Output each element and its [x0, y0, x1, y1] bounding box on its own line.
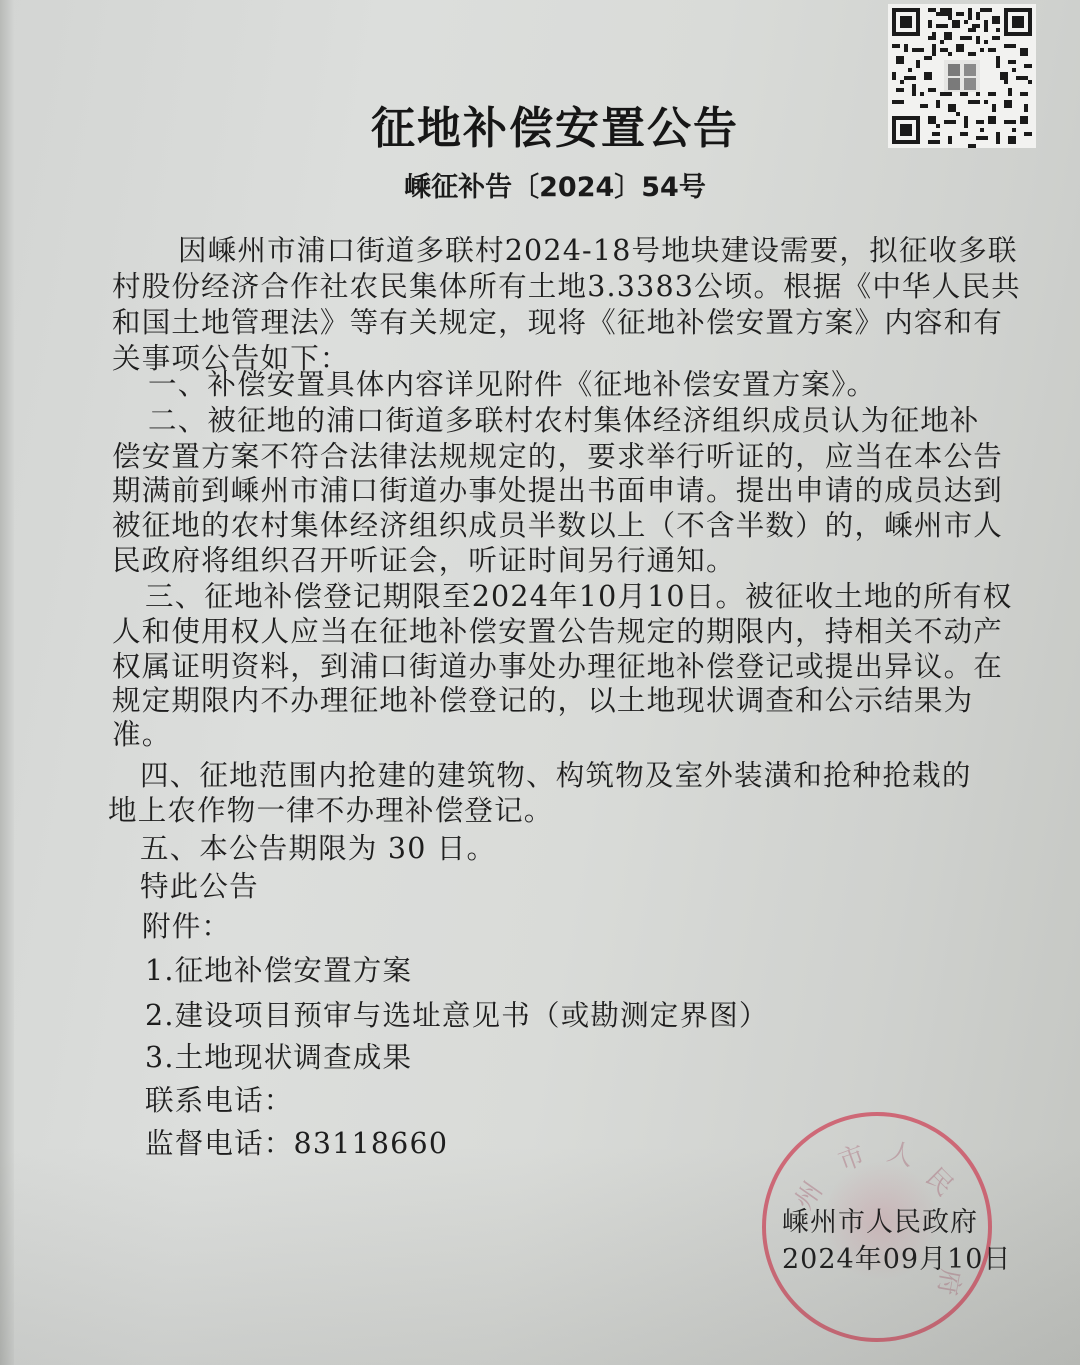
- item-2-line: 二、被征地的浦口街道多联村农村集体经济组织成员认为征地补: [148, 398, 980, 439]
- item-5-line: 五、本公告期限为 30 日。: [140, 826, 496, 867]
- attachment-item: 2.建设项目预审与选址意见书（或勘测定界图）: [145, 993, 769, 1034]
- item-1-line: 一、补偿安置具体内容详见附件《征地补偿安置方案》。: [148, 362, 876, 403]
- intro-line: 因嵊州市浦口街道多联村2024-18号地块建设需要，拟征收多联: [178, 228, 1018, 269]
- issuer-name: 嵊州市人民政府: [782, 1200, 978, 1239]
- contact-phone-label: 联系电话：: [145, 1078, 294, 1119]
- paper-edge-shadow: [0, 0, 14, 1365]
- item-3-line: 规定期限内不办理征地补偿登记的，以土地现状调查和公示结果为: [112, 678, 973, 719]
- attachments-label: 附件：: [142, 904, 231, 945]
- item-4-line: 地上农作物一律不办理补偿登记。: [108, 788, 554, 829]
- document-title: 征地补偿安置公告: [0, 92, 1080, 156]
- closing-text: 特此公告: [140, 864, 259, 905]
- intro-line: 村股份经济合作社农民集体所有土地3.3383公顷。根据《中华人民共: [112, 264, 1021, 305]
- attachment-item: 3.土地现状调查成果: [145, 1035, 412, 1076]
- attachment-item: 1.征地补偿安置方案: [145, 948, 412, 989]
- document-number: 嵊征补告〔2024〕54号: [0, 165, 1080, 204]
- item-3-line: 准。: [112, 712, 171, 753]
- supervision-phone-number: 83118660: [294, 1127, 449, 1160]
- item-2-line: 民政府将组织召开听证会，听证时间另行通知。: [112, 538, 736, 579]
- intro-line: 和国土地管理法》等有关规定，现将《征地补偿安置方案》内容和有: [112, 300, 1003, 341]
- supervision-phone-row: 监督电话：83118660: [145, 1121, 448, 1162]
- issue-date: 2024年09月10日: [782, 1237, 1011, 1276]
- supervision-phone-label: 监督电话：: [145, 1127, 294, 1160]
